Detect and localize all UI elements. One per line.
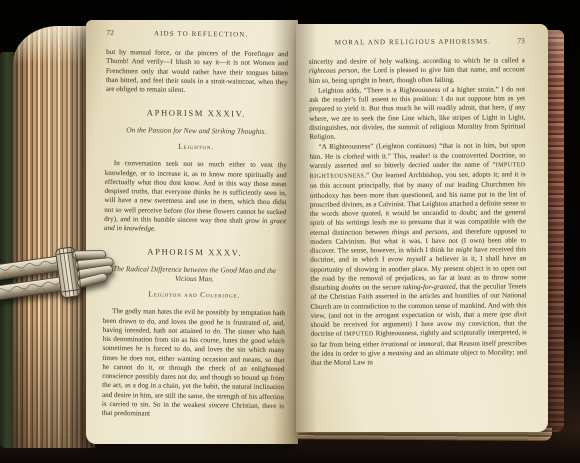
intro-paragraph: but by manual force, or the pincers of t… — [106, 48, 289, 96]
bookmark-lower-bar — [0, 276, 69, 300]
aphorism-35-body: The godly man hates the evil he possibly… — [102, 307, 285, 420]
right-running-title: MORAL AND RELIGIOUS APHORISMS. — [309, 37, 518, 46]
right-paragraph-1: sincerity and desire of holy walking, ac… — [309, 56, 525, 85]
aphorism-34-subtitle: On the Passion for New and Striking Thou… — [111, 125, 281, 136]
right-page-number: 73 — [517, 36, 525, 45]
aphorism-34-body: In conversation seek not so much either … — [104, 159, 287, 235]
left-page-fore-edge — [13, 26, 95, 448]
aphorism-35-attribution: Leighton and Coleridge. — [103, 289, 285, 300]
left-page-number: 72 — [106, 28, 114, 37]
aphorism-34-attribution: Leighton. — [105, 141, 287, 152]
aphorism-35-heading: APHORISM XXXV. — [104, 246, 286, 258]
right-paragraph-2: Leighton adds, “There is a Righteousness… — [309, 85, 525, 142]
aphorism-35-subtitle: The Radical Difference between the Good … — [109, 264, 279, 284]
right-running-head: MORAL AND RELIGIOUS APHORISMS. 73 — [309, 36, 525, 47]
right-paragraph-3: “A Righteousness” (Leighton continues) “… — [309, 142, 527, 369]
aphorism-34-heading: APHORISM XXXIV. — [105, 107, 287, 119]
left-running-title: AIDS TO REFLECTION. — [114, 29, 289, 39]
left-running-head: 72 AIDS TO REFLECTION. — [106, 28, 288, 39]
left-page: 72 AIDS TO REFLECTION. but by manual for… — [86, 20, 298, 444]
right-page: MORAL AND RELIGIOUS APHORISMS. 73 sincer… — [296, 24, 548, 432]
open-book-photo: 72 AIDS TO REFLECTION. but by manual for… — [0, 0, 580, 463]
silver-hand-bookmark — [0, 246, 120, 322]
